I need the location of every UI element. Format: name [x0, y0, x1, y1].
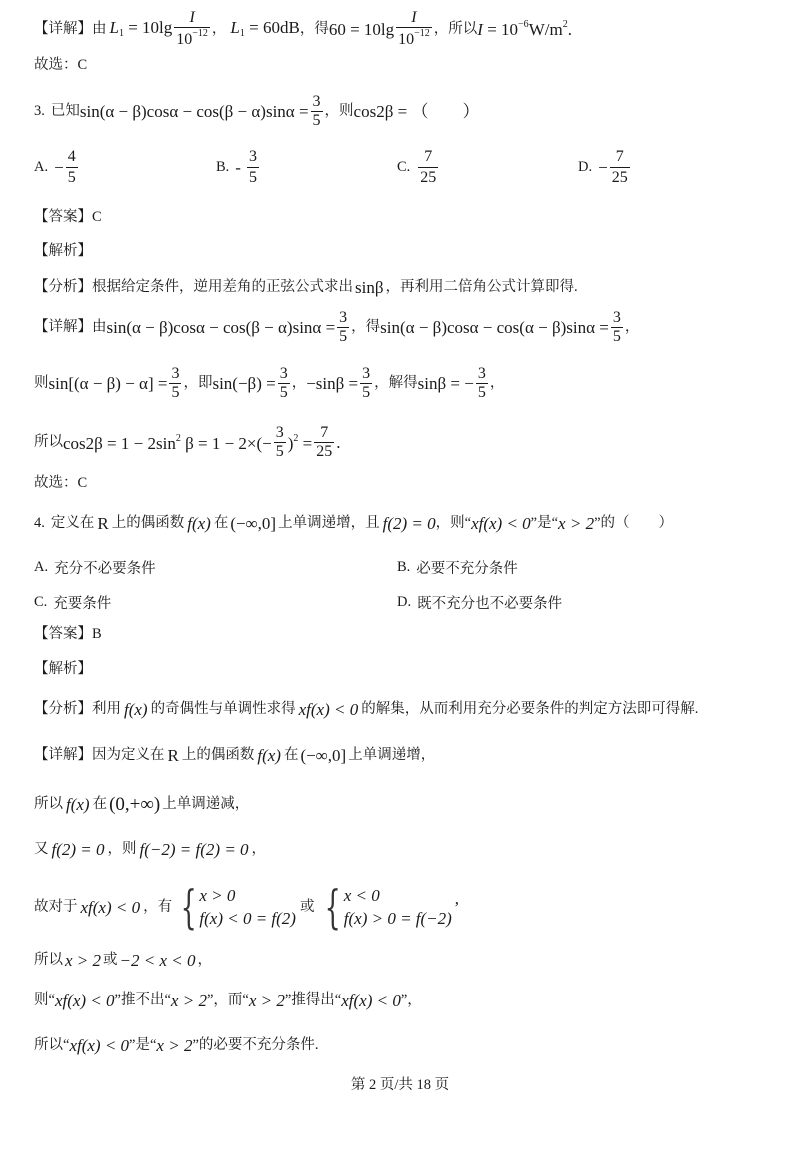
q4-analysis: 【分析】 利用 f(x) 的奇偶性与单调性求得 xf(x) < 0 的解集，从而… — [34, 701, 698, 718]
q2-detail-line: 【详解】 由 L1 = 10lg I 10−12 ， L1 = 60dB ，得 … — [34, 10, 572, 48]
q3-answer: 【答案】C — [34, 210, 102, 225]
left-brace-icon: { — [181, 884, 197, 930]
q4-option-c: C.充要条件 — [34, 592, 111, 613]
q3-detail-line-2: 则 sin[(α − β) − α] = 35 ，即 sin(−β) = 35 … — [34, 366, 504, 401]
q4-analysis-header: 【解析】 — [34, 662, 92, 677]
q4-stem: 4. 定义在 R 上的偶函数 f(x) 在 (−∞,0] 上单调递增，且 f(2… — [34, 515, 673, 532]
q2-choice: 故选：C — [34, 58, 87, 73]
question-number: 3. — [34, 104, 45, 119]
q3-analysis-header: 【解析】 — [34, 244, 92, 259]
q3-stem: 3. 已知 sin(α − β)cosα − cos(β − α)sinα = … — [34, 94, 479, 129]
q3-option-b: B. - 35 — [216, 148, 261, 187]
q4-option-b: B.必要不充分条件 — [397, 557, 518, 578]
fraction: I 10−12 — [396, 10, 432, 48]
fraction: I 10−12 — [174, 10, 210, 48]
q3-choice: 故选：C — [34, 476, 87, 491]
q4-option-a: A.充分不必要条件 — [34, 557, 156, 578]
q4-detail-line-4: 故对于 xf(x) < 0 ，有 { x > 0 f(x) < 0 = f(2)… — [34, 884, 460, 930]
q3-option-c: C. 725 — [397, 148, 440, 187]
question-number: 4. — [34, 516, 45, 531]
equation-system: { x > 0 f(x) < 0 = f(2) — [174, 884, 296, 930]
formula: L1 = 10lg — [110, 19, 173, 39]
q4-detail-line-6: 则“ xf(x) < 0 ”推不出“ x > 2 ”，而“ x > 2 ”推得出… — [34, 992, 422, 1009]
q4-detail-line-7: 所以“ xf(x) < 0 ”是“ x > 2 ”的必要不充分条件. — [34, 1037, 319, 1054]
q3-option-d: D. − 725 — [578, 148, 632, 187]
q4-detail-line-5: 所以 x > 2 或 −2 < x < 0 ， — [34, 952, 212, 969]
q3-analysis: 【分析】 根据给定条件，逆用差角的正弦公式求出 sinβ ，再利用二倍角公式计算… — [34, 279, 578, 296]
left-brace-icon: { — [325, 884, 341, 930]
equation-system: { x < 0 f(x) > 0 = f(−2) — [318, 884, 451, 930]
detail-label: 【详解】 — [34, 22, 92, 37]
q4-option-d: D.既不充分也不必要条件 — [397, 592, 562, 613]
q3-option-a: A. − 45 — [34, 148, 80, 187]
q4-answer: 【答案】B — [34, 627, 102, 642]
q4-detail-line-2: 所以 f(x) 在 (0,+∞) 上单调递减， — [34, 795, 249, 814]
page-footer: 第 2 页/共 18 页 — [0, 1073, 800, 1094]
q3-detail-line-1: 【详解】 由 sin(α − β)cosα − cos(β − α)sinα =… — [34, 310, 639, 345]
q4-detail-line-1: 【详解】 因为定义在 R 上的偶函数 f(x) 在 (−∞,0] 上单调递增， — [34, 747, 435, 764]
q3-detail-line-3: 所以 cos2β = 1 − 2sin2 β = 1 − 2×(− 35 )2 … — [34, 425, 341, 460]
q4-detail-line-3: 又 f(2) = 0 ，则 f(−2) = f(2) = 0 ， — [34, 841, 266, 858]
